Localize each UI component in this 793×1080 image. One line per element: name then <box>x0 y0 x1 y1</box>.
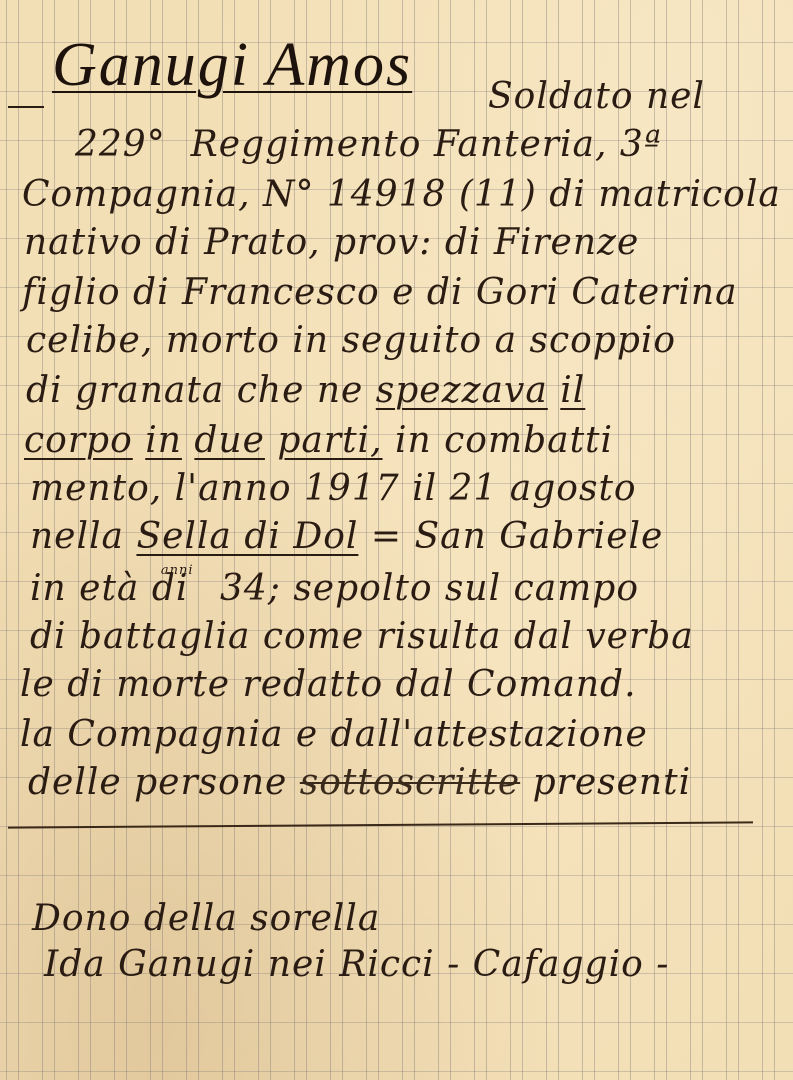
text-line-2: Compagnia, N° 14918 (11) di matricola <box>22 174 781 215</box>
donor-name: Ida Ganugi nei Ricci - Cafaggio - <box>44 944 669 985</box>
location-sella-di-dol: Sella di Dol <box>136 516 358 557</box>
line-6-underlined-word: spezzava <box>376 370 548 411</box>
line-7-underlined-in: in <box>145 420 182 461</box>
line-7-underlined-parti: parti, <box>277 420 382 461</box>
line-7-underlined-due: due <box>194 420 265 461</box>
regiment-text: Reggimento Fanteria, 3ª <box>191 124 662 165</box>
text-line-13: la Compagnia e dall'attestazione <box>20 714 648 755</box>
struck-through-word: sottoscritte <box>300 762 520 803</box>
donor-line-2: Ida Ganugi nei Ricci - Cafaggio - <box>44 944 669 985</box>
donor-line-1: Dono della sorella <box>32 898 380 939</box>
line-7-rest: in combatti <box>395 420 613 461</box>
text-line-11: di battaglia come risulta dal verba <box>30 616 694 657</box>
text-line-12: le di morte redatto dal Comand. <box>20 664 637 705</box>
superscript-anni: anni <box>161 563 194 578</box>
soldier-name: Ganugi Amos <box>52 31 412 99</box>
text-line-14: delle persone sottoscritte presenti <box>28 762 691 803</box>
text-line-6: di granata che ne spezzava il <box>26 370 585 411</box>
line-6-part-a: di granata che ne <box>26 370 363 411</box>
heading-continuation: Soldato nel <box>488 76 705 117</box>
location-san-gabriele: = San Gabriele <box>371 516 663 557</box>
text-line-1: 229° Reggimento Fanteria, 3ª <box>75 124 662 165</box>
text-line-4: figlio di Francesco e di Gori Caterina <box>22 272 738 313</box>
text-line-5: celibe, morto in seguito a scoppio <box>26 320 676 361</box>
text-line-7: corpo in due parti, in combatti <box>24 420 613 461</box>
line-14-part-a: delle persone <box>28 762 287 803</box>
heading-after-name: Soldato nel <box>488 76 705 117</box>
correction-presenti: presenti <box>533 762 692 803</box>
text-line-10: in età di anni 34; sepolto sul campo <box>30 568 639 609</box>
line-10-part-b: 34; sepolto sul campo <box>220 568 639 609</box>
line-6-underlined-word-2: il <box>560 370 585 411</box>
text-line-8: mento, l'anno 1917 il 21 agosto <box>30 468 637 509</box>
regiment-number: 229° <box>75 124 166 165</box>
closing-rule <box>8 821 753 828</box>
line-9-nella: nella <box>30 516 124 557</box>
text-line-3: nativo di Prato, prov: di Firenze <box>24 222 639 263</box>
soldier-name-title: Ganugi Amos <box>52 30 412 101</box>
leading-dash <box>8 106 44 108</box>
line-7-underlined-corpo: corpo <box>24 420 133 461</box>
donation-note: Dono della sorella <box>32 898 380 939</box>
text-line-9: nella Sella di Dol = San Gabriele <box>30 516 663 557</box>
